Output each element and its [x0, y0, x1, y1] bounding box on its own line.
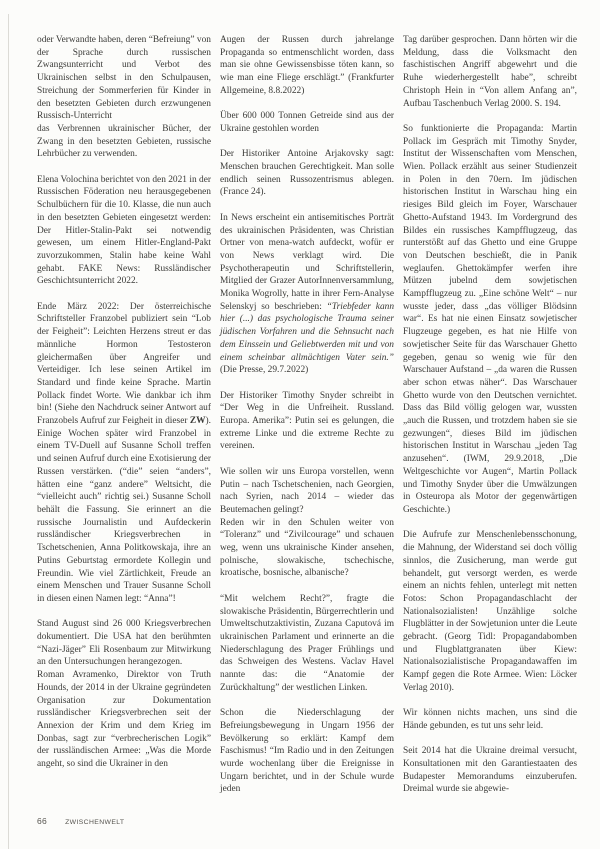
paragraph-text: In News erscheint ein antisemitisches Po… [220, 213, 394, 312]
paragraph: Die Aufrufe zur Menschenlebensschonung, … [403, 529, 577, 694]
paragraph: oder Verwandte haben, deren “Befreiung” … [37, 34, 211, 123]
text-column-3: Tag darüber gesprochen. Dann hörten wir … [403, 34, 577, 796]
article-body: oder Verwandte haben, deren “Befreiung” … [37, 34, 577, 796]
paragraph: Wie sollen wir uns Europa vorstellen, we… [220, 466, 394, 517]
paragraph: Schon die Niederschlagung der Befreiungs… [220, 707, 394, 796]
text-column-2: Augen der Russen durch jahrelange Propag… [220, 34, 394, 796]
page-footer: 66 ZWISCHENWELT [37, 816, 125, 826]
paragraph-text: ). Einige Wochen später wird Franzobel i… [37, 416, 211, 604]
page-number: 66 [37, 816, 47, 826]
paragraph: Tag darüber gesprochen. Dann hörten wir … [403, 34, 577, 110]
paragraph: Roman Avramenko, Direktor von Truth Houn… [37, 669, 211, 771]
page-edge-line [8, 14, 9, 849]
paragraph: Seit 2014 hat die Ukraine dreimal versuc… [403, 745, 577, 796]
paragraph: Wir können nichts machen, uns sind die H… [403, 707, 577, 732]
text-column-1: oder Verwandte haben, deren “Befreiung” … [37, 34, 211, 796]
paragraph: Elena Volochina berichtet von den 2021 i… [37, 174, 211, 288]
paragraph: das Verbrennen ukrainischer Bücher, der … [37, 123, 211, 161]
bold-text: ZW [190, 416, 206, 426]
paragraph-text: (Die Presse, 29.7.2022) [220, 365, 308, 375]
paragraph: Augen der Russen durch jahrelange Propag… [220, 34, 394, 98]
paragraph: In News erscheint ein antisemitisches Po… [220, 212, 394, 377]
paragraph: Reden wir in den Schulen weiter von “Tol… [220, 517, 394, 581]
paragraph: Ende März 2022: Der österreichische Schr… [37, 301, 211, 606]
paragraph-text: Ende März 2022: Der österreichische Schr… [37, 302, 211, 426]
paragraph: Stand August sind 26 000 Kriegsverbreche… [37, 618, 211, 669]
paragraph: So funktionierte die Propaganda: Martin … [403, 123, 577, 517]
paragraph: Der Historiker Antoine Arjakovsky sagt: … [220, 148, 394, 199]
paragraph: Über 600 000 Tonnen Getreide sind aus de… [220, 110, 394, 135]
journal-name: ZWISCHENWELT [65, 819, 124, 826]
paragraph: “Mit welchem Recht?”, fragte die slowaki… [220, 593, 394, 695]
paragraph: Der Historiker Timothy Snyder schreibt i… [220, 390, 394, 454]
